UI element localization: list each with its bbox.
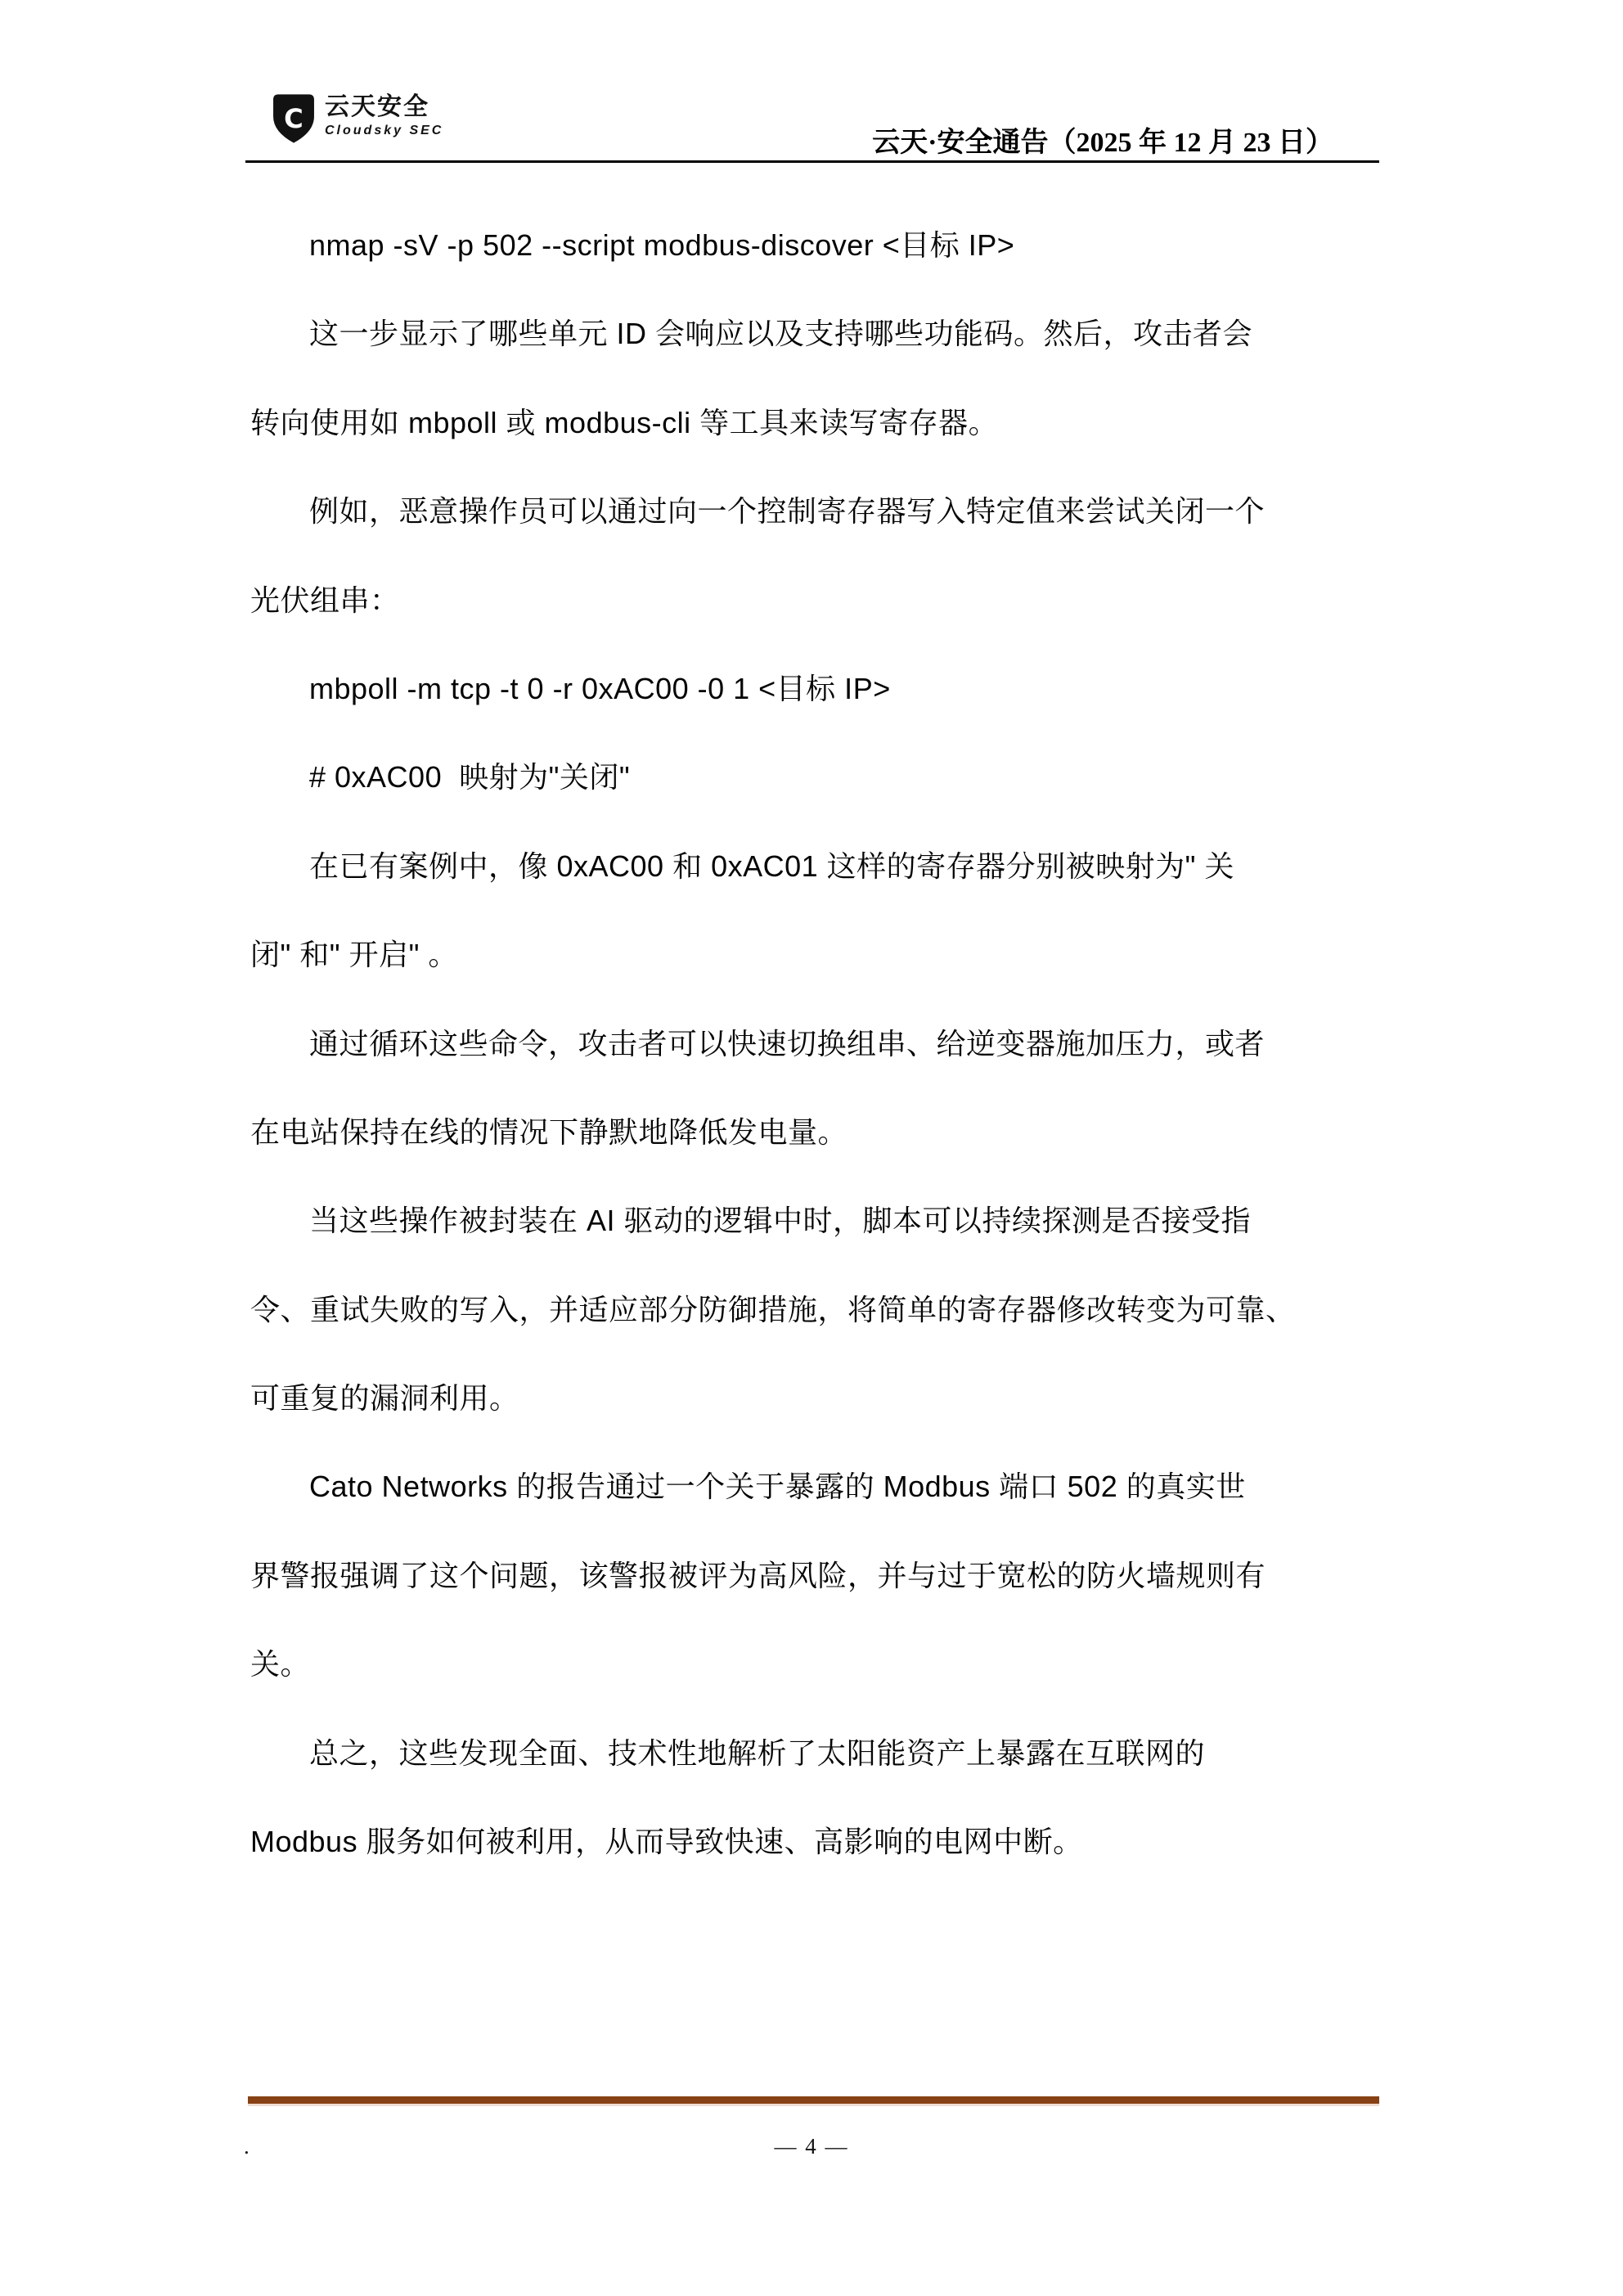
body-line: 令、重试失败的写入，并适应部分防御措施，将简单的寄存器修改转变为可靠、 bbox=[250, 1266, 1396, 1354]
company-logo: C 云天安全 Cloudsky SEC bbox=[272, 93, 443, 144]
body-line: 转向使用如 mbpoll 或 modbus-cli 等工具来读写寄存器。 bbox=[250, 379, 1396, 467]
bulletin-title: 云天·安全通告（2025 年 12 月 23 日） bbox=[872, 119, 1333, 160]
document-body: nmap -sV -p 502 --script modbus-discover… bbox=[250, 201, 1396, 1886]
body-line: 在电站保持在线的情况下静默地降低发电量。 bbox=[250, 1088, 1396, 1177]
body-line: 可重复的漏洞利用。 bbox=[250, 1354, 1396, 1443]
document-page: C 云天安全 Cloudsky SEC 云天·安全通告（2025 年 12 月 … bbox=[0, 0, 1623, 2296]
header-rule bbox=[245, 160, 1379, 163]
body-line: Modbus 服务如何被利用，从而导致快速、高影响的电网中断。 bbox=[250, 1798, 1396, 1886]
page-number: — 4 — bbox=[0, 2134, 1623, 2159]
body-line: 界警报强调了这个问题，该警报被评为高风险，并与过于宽松的防火墙规则有 bbox=[250, 1532, 1396, 1620]
body-line: 这一步显示了哪些单元 ID 会响应以及支持哪些功能码。然后，攻击者会 bbox=[250, 290, 1396, 378]
body-line: 通过循环这些命令，攻击者可以快速切换组串、给逆变器施加压力，或者 bbox=[250, 1000, 1396, 1088]
body-line: 例如，恶意操作员可以通过向一个控制寄存器写入特定值来尝试关闭一个 bbox=[250, 467, 1396, 556]
body-line: 在已有案例中，像 0xAC00 和 0xAC01 这样的寄存器分别被映射为" 关 bbox=[250, 822, 1396, 911]
logo-text: 云天安全 Cloudsky SEC bbox=[325, 93, 443, 139]
body-line: 当这些操作被封装在 AI 驱动的逻辑中时，脚本可以持续探测是否接受指 bbox=[250, 1177, 1396, 1265]
body-line: nmap -sV -p 502 --script modbus-discover… bbox=[250, 201, 1396, 290]
shield-logo-icon: C bbox=[272, 93, 315, 144]
logo-letter: C bbox=[284, 103, 303, 134]
footer: . — 4 — bbox=[0, 2134, 1623, 2167]
logo-name-cn: 云天安全 bbox=[325, 93, 443, 121]
body-line: 总之，这些发现全面、技术性地解析了太阳能资产上暴露在互联网的 bbox=[250, 1709, 1396, 1798]
body-line: 闭" 和" 开启" 。 bbox=[250, 911, 1396, 999]
body-line: 关。 bbox=[250, 1620, 1396, 1708]
body-line: 光伏组串： bbox=[250, 556, 1396, 645]
body-line: # 0xAC00 映射为"关闭" bbox=[250, 733, 1396, 822]
body-line: Cato Networks 的报告通过一个关于暴露的 Modbus 端口 502… bbox=[250, 1443, 1396, 1531]
footer-accent-bar bbox=[248, 2096, 1379, 2106]
logo-name-en: Cloudsky SEC bbox=[325, 123, 443, 139]
body-line: mbpoll -m tcp -t 0 -r 0xAC00 -0 1 <目标 IP… bbox=[250, 645, 1396, 733]
